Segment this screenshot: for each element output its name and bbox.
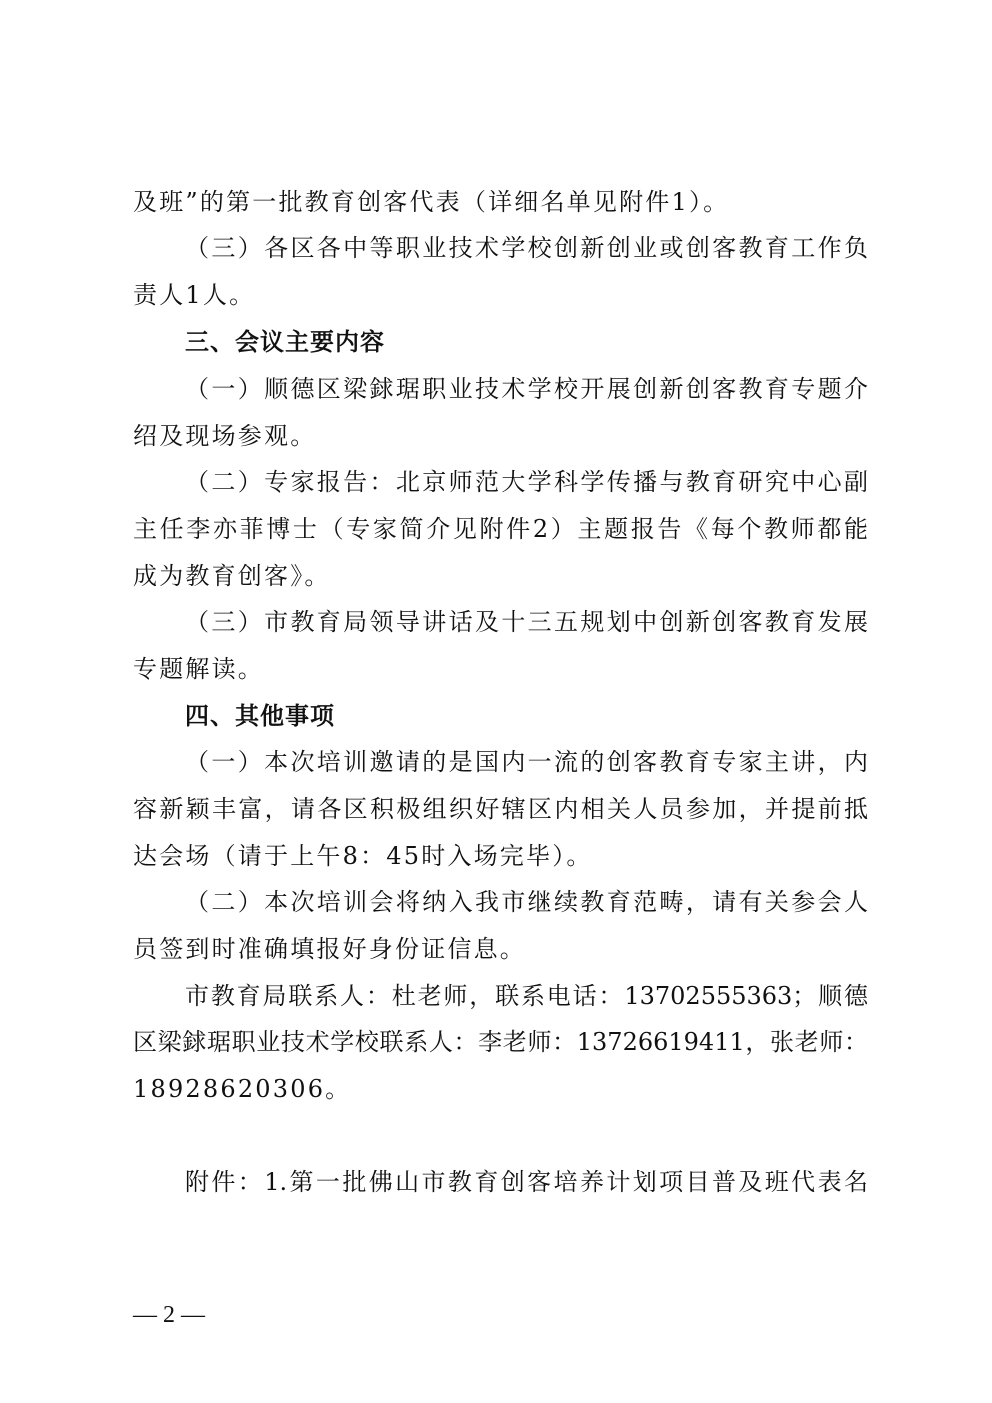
paragraph-line: 区梁銶琚职业技术学校联系人：李老师：13726619411，张老师： xyxy=(133,1027,868,1057)
paragraph-line: （三）市教育局领导讲话及十三五规划中创新创客教育发展 xyxy=(185,607,868,637)
paragraph-line: 附件：1.第一批佛山市教育创客培养计划项目普及班代表名 xyxy=(185,1167,868,1197)
paragraph-line: 责人1人。 xyxy=(133,280,868,310)
paragraph-line: 18928620306。 xyxy=(133,1074,868,1104)
paragraph-line: （二）本次培训会将纳入我市继续教育范畴，请有关参会人 xyxy=(185,887,868,917)
paragraph-line: 专题解读。 xyxy=(133,654,868,684)
paragraph-line: （三）各区各中等职业技术学校创新创业或创客教育工作负 xyxy=(185,233,868,263)
paragraph-line: 及班”的第一批教育创客代表（详细名单见附件1）。 xyxy=(133,187,868,217)
paragraph-line: 市教育局联系人：杜老师，联系电话：13702555363；顺德 xyxy=(185,981,868,1011)
paragraph-line: （一）顺德区梁銶琚职业技术学校开展创新创客教育专题介 xyxy=(185,374,868,404)
paragraph-line: （二）专家报告：北京师范大学科学传播与教育研究中心副 xyxy=(185,467,868,497)
section-heading: 四、其他事项 xyxy=(185,701,868,731)
paragraph-line: 成为教育创客》。 xyxy=(133,561,868,591)
paragraph-line: 员签到时准确填报好身份证信息。 xyxy=(133,934,868,964)
paragraph-line: 绍及现场参观。 xyxy=(133,421,868,451)
paragraph-line: 主任李亦菲博士（专家简介见附件2）主题报告《每个教师都能 xyxy=(133,514,868,544)
section-heading: 三、会议主要内容 xyxy=(185,327,868,357)
page-number: — 2 — xyxy=(133,1302,205,1329)
paragraph-line: （一）本次培训邀请的是国内一流的创客教育专家主讲，内 xyxy=(185,747,868,777)
paragraph-line: 达会场（请于上午8：45时入场完毕）。 xyxy=(133,841,868,871)
paragraph-line: 容新颖丰富，请各区积极组织好辖区内相关人员参加，并提前抵 xyxy=(133,794,868,824)
